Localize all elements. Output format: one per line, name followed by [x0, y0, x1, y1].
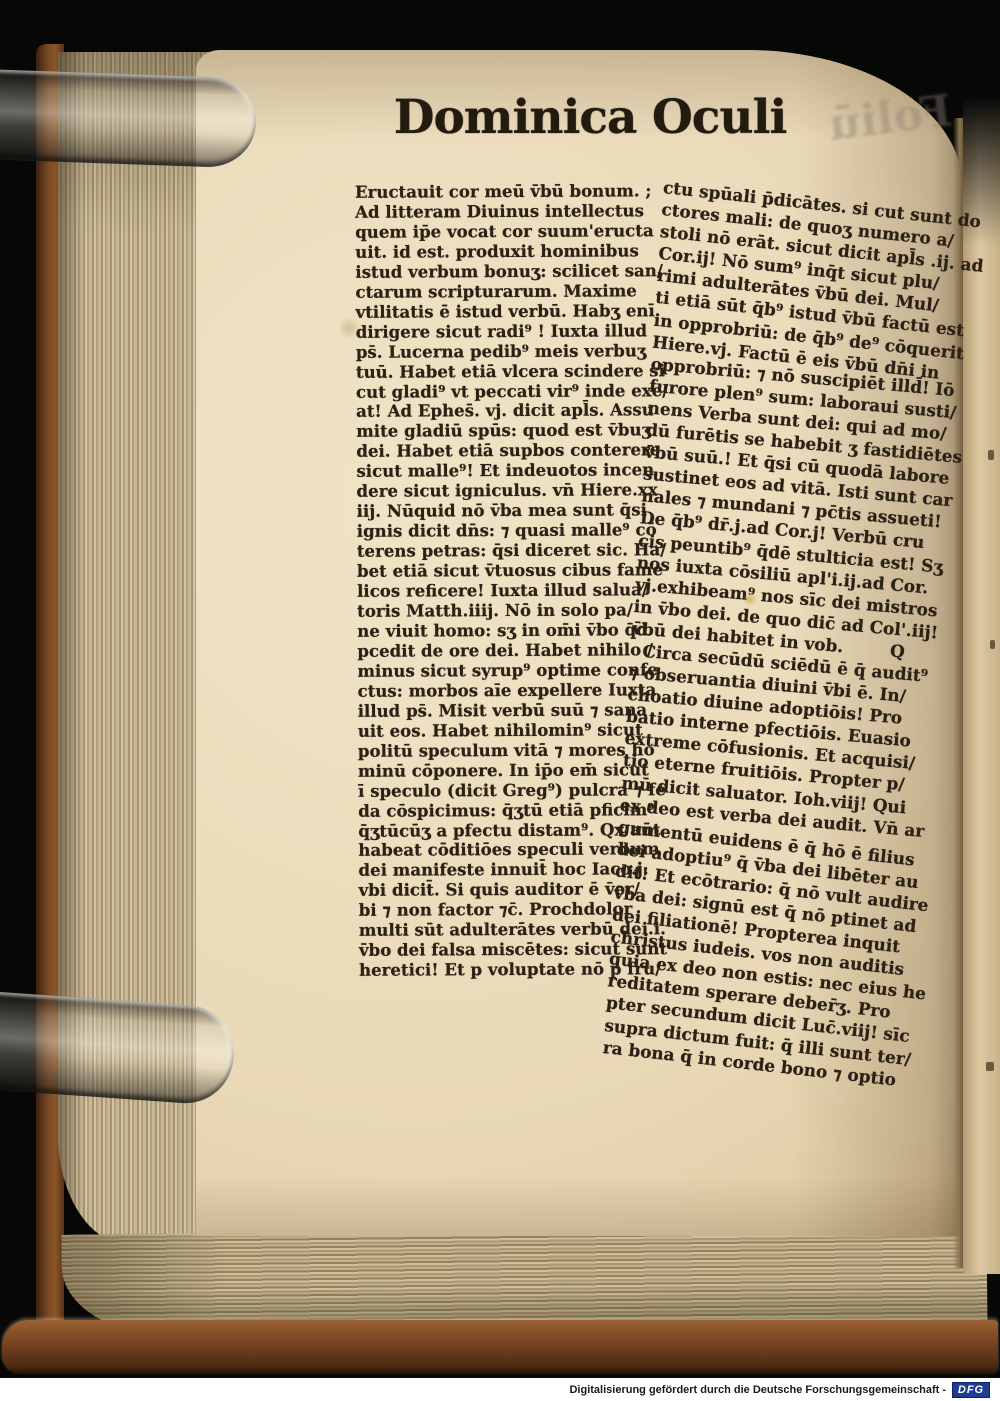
ink-fragment: [990, 640, 995, 649]
ink-fragment: [986, 1062, 994, 1071]
digitization-credit-bar: Digitalisierung gefördert durch die Deut…: [0, 1378, 1000, 1401]
glass-page-holder-top: [0, 69, 257, 168]
leather-bottom-cover: [2, 1320, 998, 1374]
book-scan-photo: Foliū Dominica Oculi Eructauit cor meū v…: [0, 0, 1000, 1401]
glass-page-holder-bottom: [0, 992, 237, 1107]
ink-fragment: [988, 450, 994, 460]
dfg-logo: DFG: [952, 1382, 990, 1398]
credit-text: Digitalisierung gefördert durch die Deut…: [569, 1384, 946, 1396]
page-heading: Dominica Oculi: [392, 90, 788, 145]
text-column-right: ctu spūali p̄dicātes. si cut sunt doctor…: [602, 176, 965, 1079]
